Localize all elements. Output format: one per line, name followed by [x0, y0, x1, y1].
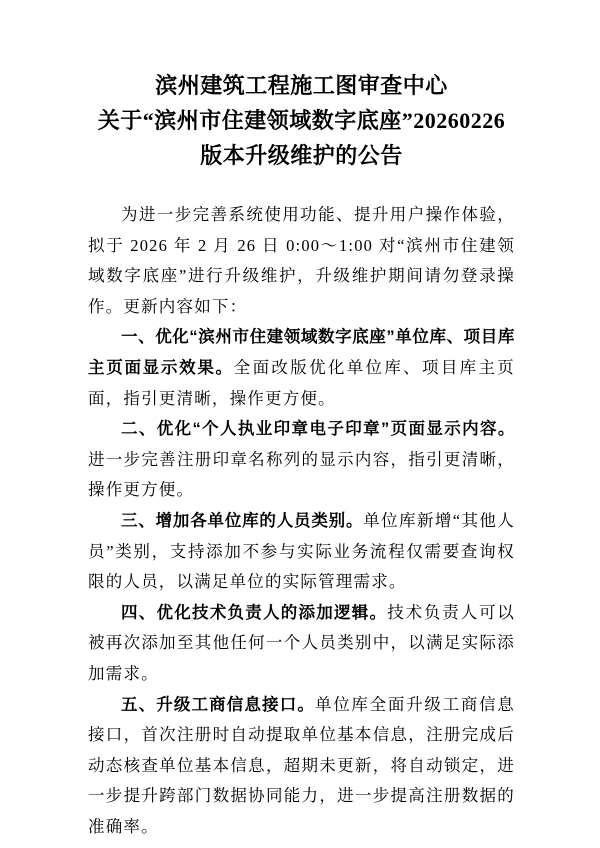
- update-item-5: 五、升级工商信息接口。单位库全面升级工商信息接口，首次注册时自动提取单位基本信息…: [88, 690, 515, 843]
- update-item-2: 二、优化“个人执业印章电子印章”页面显示内容。进一步完善注册印章名称列的显示内容…: [88, 414, 515, 506]
- update-item-2-text: 进一步完善注册印章名称列的显示内容，指引更清晰，操作更方便。: [88, 450, 515, 500]
- update-item-5-text: 单位库全面升级工商信息接口，首次注册时自动提取单位基本信息，注册完成后动态核查单…: [88, 695, 515, 836]
- document-page: 滨州建筑工程施工图审查中心 关于“滨州市住建领域数字底座”20260226 版本…: [0, 0, 600, 848]
- update-item-3-heading: 三、增加各单位库的人员类别。: [121, 512, 363, 530]
- update-item-3: 三、增加各单位库的人员类别。单位库新增“其他人员”类别，支持添加不参与实际业务流…: [88, 506, 515, 598]
- update-item-2-heading: 二、优化“个人执业印章电子印章”页面显示内容。: [121, 420, 515, 438]
- document-title: 滨州建筑工程施工图审查中心 关于“滨州市住建领域数字底座”20260226 版本…: [88, 68, 515, 173]
- update-item-4: 四、优化技术负责人的添加逻辑。技术负责人可以被再次添加至其他任何一个人员类别中，…: [88, 598, 515, 690]
- update-item-4-heading: 四、优化技术负责人的添加逻辑。: [121, 604, 387, 622]
- title-line-3: 版本升级维护的公告: [88, 138, 515, 173]
- title-line-2: 关于“滨州市住建领域数字底座”20260226: [88, 103, 515, 138]
- document-body: 为进一步完善系统使用功能、提升用户操作体验，拟于 2026 年 2 月 26 日…: [88, 200, 515, 842]
- title-line-1: 滨州建筑工程施工图审查中心: [88, 68, 515, 103]
- update-item-5-heading: 五、升级工商信息接口。: [121, 696, 315, 714]
- update-item-1: 一、优化“滨州市住建领域数字底座”单位库、项目库主页面显示效果。全面改版优化单位…: [88, 322, 515, 414]
- intro-paragraph: 为进一步完善系统使用功能、提升用户操作体验，拟于 2026 年 2 月 26 日…: [88, 200, 515, 322]
